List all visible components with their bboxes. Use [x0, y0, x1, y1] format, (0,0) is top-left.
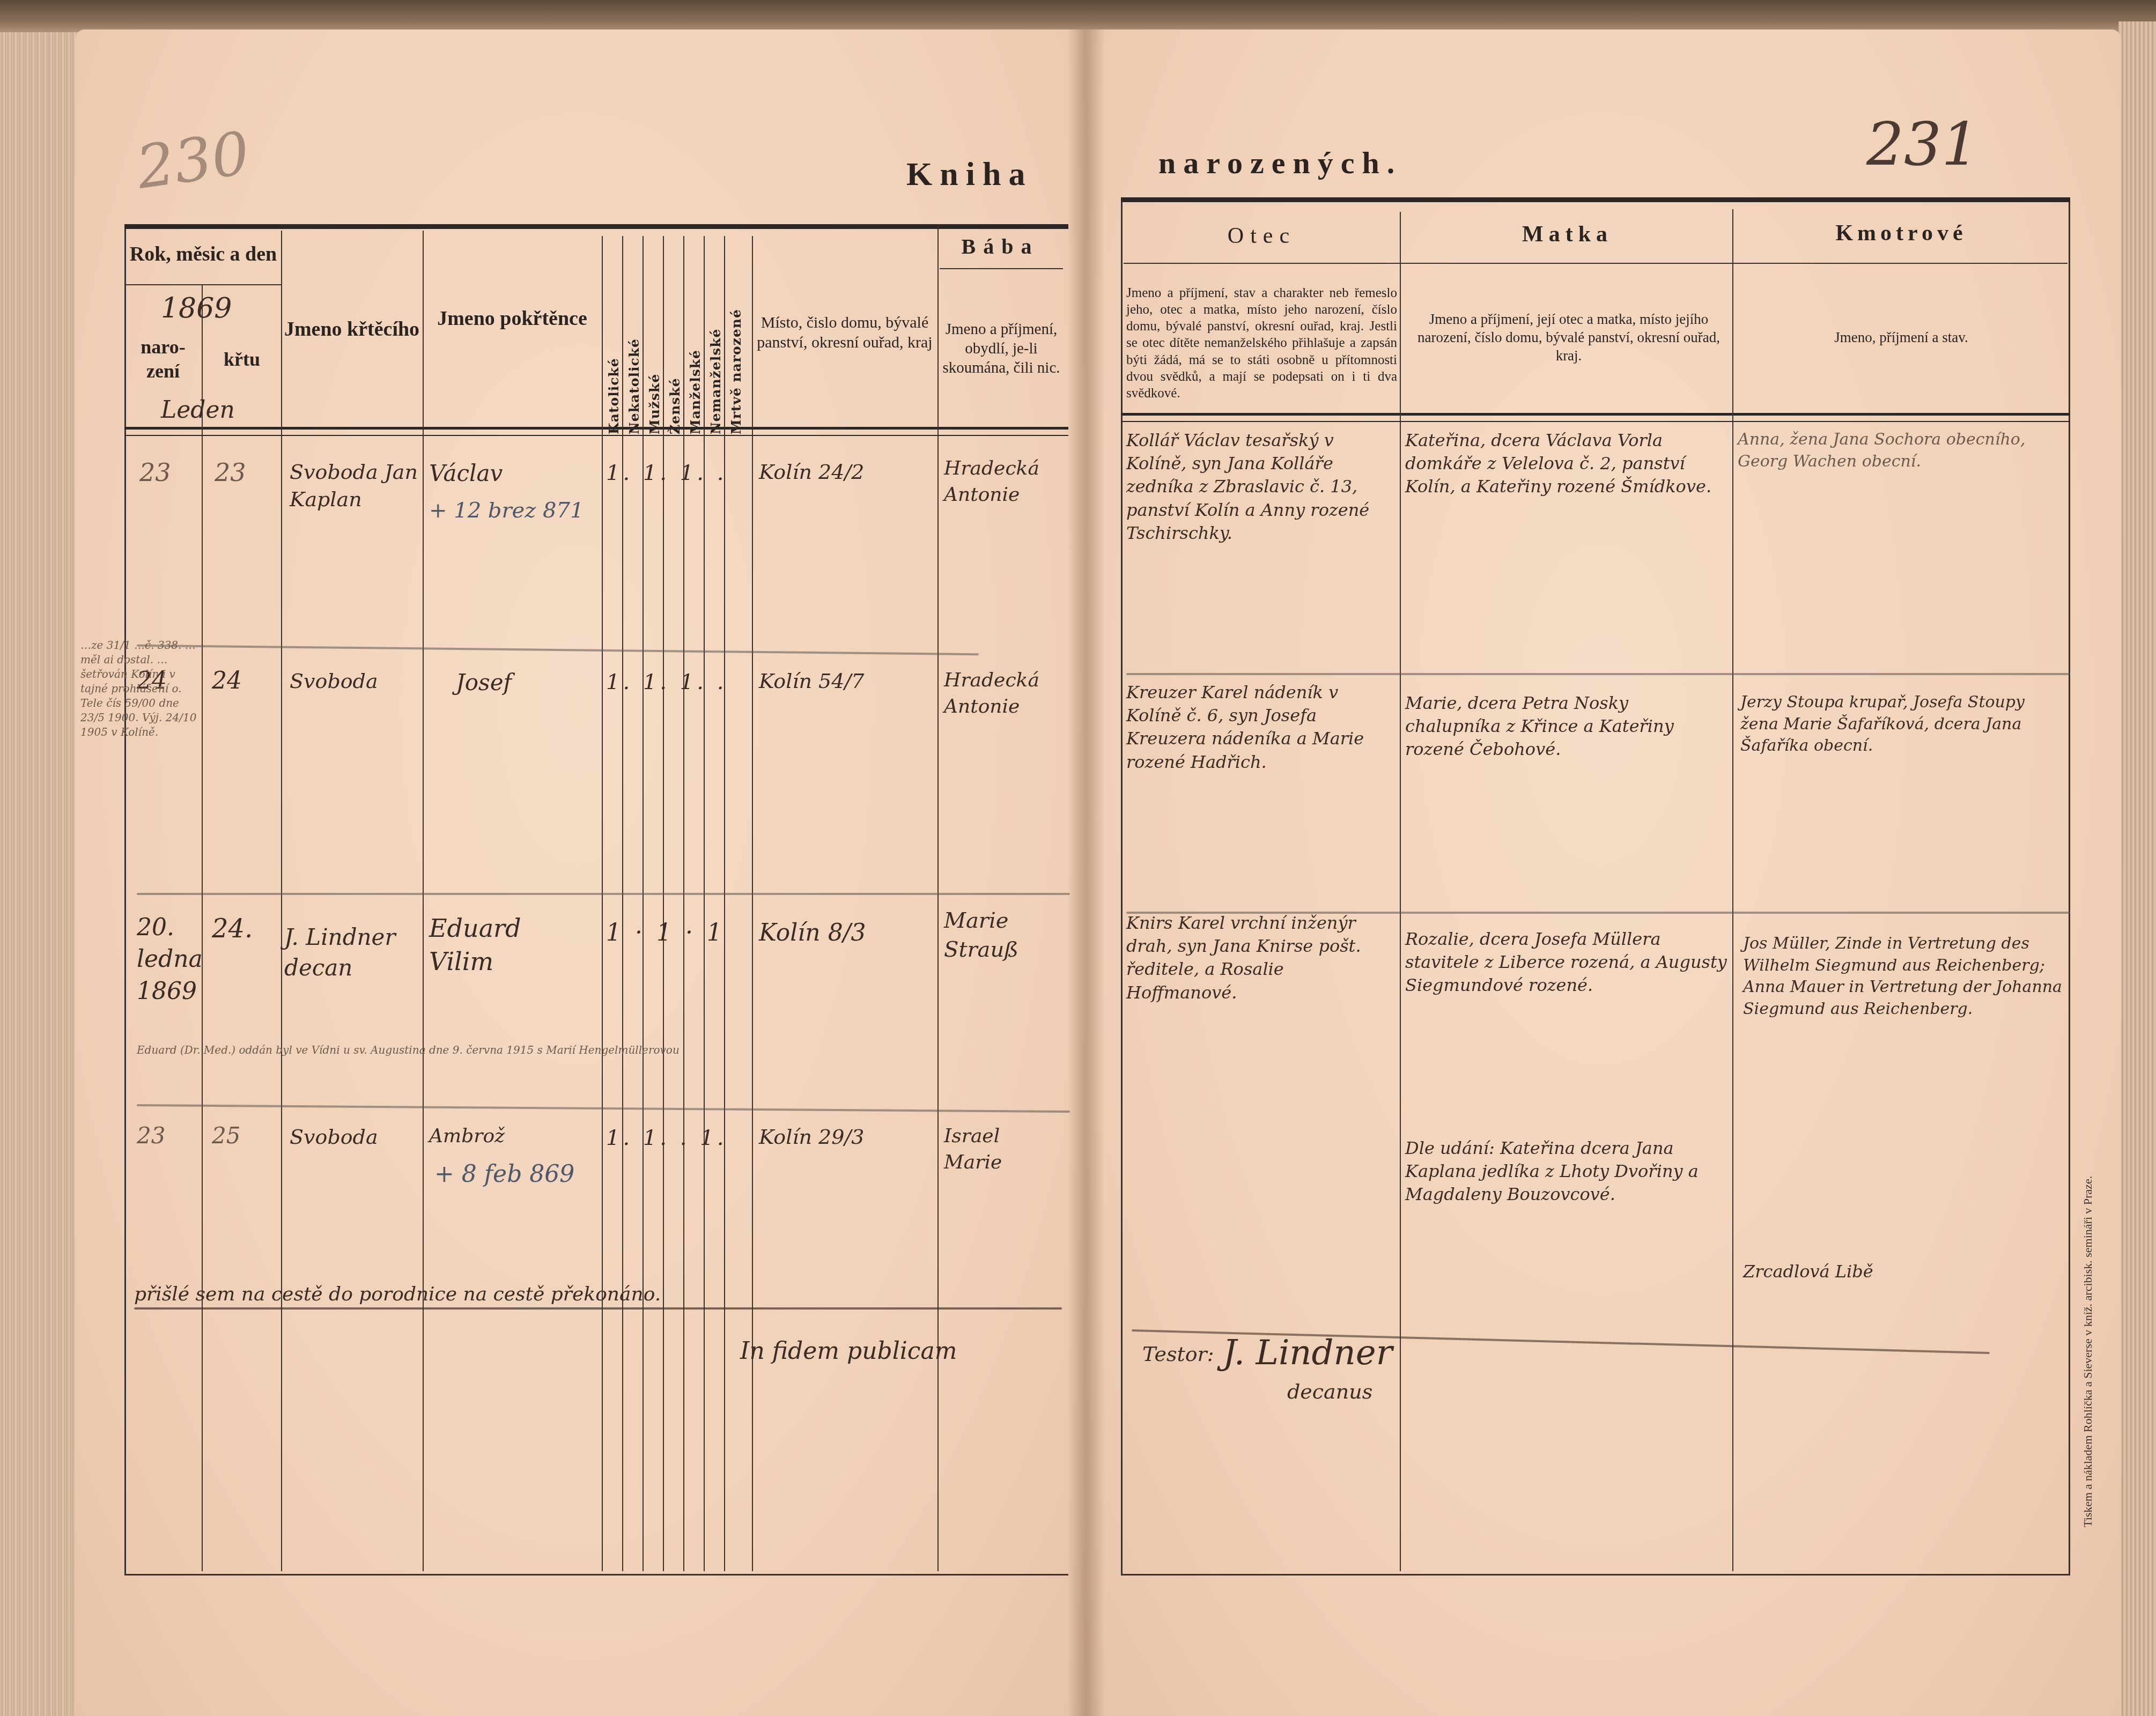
- entry3-marks: 1 · 1 · 1: [606, 917, 725, 949]
- entry1-marks: 1. 1. 1. .: [606, 458, 727, 487]
- entry4-birth-day: 23: [137, 1121, 165, 1151]
- header-month-handwritten: Leden: [161, 394, 235, 426]
- page-edges-right: [2118, 21, 2156, 1716]
- header-female: Ženské: [667, 300, 683, 434]
- entry1-godparents: Anna, žena Jana Sochora obecního, Georg …: [1738, 429, 2065, 472]
- header-baptism: křtu: [203, 338, 281, 381]
- col-line: [704, 236, 705, 1571]
- signature-label: Testor:: [1142, 1341, 1214, 1368]
- open-register-book: 230 Kniha narozených. 231 Rok, měsic a d…: [0, 0, 2156, 1716]
- col-line: [423, 231, 424, 1571]
- header-non-catholic: Nekatolické: [626, 300, 642, 434]
- header-baptizer: Jmeno křtěcího: [282, 290, 422, 370]
- entry4-godparents: Zrcadlová Libě: [1743, 1260, 2065, 1283]
- header-male: Mužské: [647, 300, 662, 434]
- entry3-footnote: Eduard (Dr. Med.) oddán byl ve Vídni u s…: [137, 1043, 680, 1057]
- entry3-father: Knirs Karel vrchní inženýr drah, syn Jan…: [1126, 912, 1397, 1004]
- entry2-midwife: Hradecká Antonie: [944, 668, 1062, 720]
- col-line: [663, 236, 664, 1571]
- col-line: [602, 236, 603, 1571]
- entry4-midwife: Israel Marie: [944, 1123, 1062, 1175]
- entry-divider: [137, 893, 1070, 895]
- entry2-mother: Marie, dcera Petra Nosky chalupníka z Kř…: [1405, 692, 1727, 761]
- closing-note: přišlé sem na cestě do porodnice na cest…: [134, 1282, 661, 1308]
- entry1-place: Kolín 24/2: [759, 458, 864, 486]
- header-place: Místo, čislo domu, bývalé panství, okres…: [756, 290, 933, 375]
- col-line: [937, 225, 939, 1571]
- header-godparents: Kmotrové: [1735, 209, 2068, 257]
- entry4-marks: 1. 1. . 1.: [606, 1123, 727, 1152]
- col-line: [1732, 209, 1733, 1571]
- header-illegitimate: Nemanželské: [708, 300, 723, 434]
- header-body-rule-left: [124, 427, 1068, 436]
- header-midwife-divider: [940, 268, 1063, 269]
- entry3-baptizer: J. Lindner decan: [284, 922, 418, 983]
- entry2-father: Kreuzer Karel nádeník v Kolíně č. 6, syn…: [1126, 681, 1397, 774]
- closing-sign: In fidem publicam: [740, 1335, 957, 1367]
- entry3-godparents: Jos Müller, Zinde in Vertretung des Wilh…: [1743, 933, 2065, 1020]
- entry4-death-note: + 8 feb 869: [434, 1158, 574, 1190]
- page-title-left: Kniha: [906, 156, 1032, 194]
- header-birth: naro-zení: [125, 327, 201, 391]
- page-title-right: narozených.: [1158, 145, 1402, 181]
- col-line: [1400, 212, 1401, 1571]
- entry3-midwife: Marie Strauß: [944, 906, 1062, 964]
- entry1-baptism-day: 23: [215, 456, 246, 489]
- entry3-place: Kolín 8/3: [759, 917, 866, 949]
- header-legitimate: Manželské: [688, 300, 703, 434]
- entry2-marks: 1. 1. 1. .: [606, 668, 727, 697]
- col-line: [724, 236, 725, 1571]
- book-gutter: [1067, 29, 1105, 1716]
- entry2-place: Kolín 54/7: [759, 668, 864, 695]
- header-mother-sub: Jmeno a příjmení, její otec a matka, mís…: [1411, 300, 1727, 375]
- entry2-baptizer: Svoboda: [290, 668, 378, 695]
- entry-divider: [1126, 673, 2070, 675]
- col-line: [643, 236, 644, 1571]
- col-line: [281, 231, 282, 1571]
- header-mother: Matka: [1402, 209, 1732, 260]
- entry1-baptizer: Svoboda Jan Kaplan: [290, 458, 418, 514]
- header-godparents-sub: Jmeno, příjmení a stav.: [1743, 316, 2059, 359]
- closing-rule: [134, 1307, 1062, 1310]
- entry4-mother: Dle udání: Kateřina dcera Jana Kaplana j…: [1405, 1137, 1727, 1207]
- entry4-place: Kolín 29/3: [759, 1123, 864, 1151]
- entry1-mother: Kateřina, dcera Václava Vorla domkáře z …: [1405, 429, 1727, 499]
- entry2-baptism-day: 24: [212, 665, 242, 697]
- entry1-father: Kollář Václav tesařský v Kolíně, syn Jan…: [1126, 429, 1397, 545]
- signature-title: decanus: [1287, 1378, 1372, 1406]
- col-line: [683, 236, 684, 1571]
- table-top-rule: [1121, 197, 2070, 202]
- header-catholic: Katolické: [606, 300, 622, 434]
- entry3-child: Eduard Vilim: [429, 912, 590, 978]
- header-father-sub: Jmeno a příjmení, stav a charakter neb ř…: [1126, 265, 1397, 421]
- entry1-midwife: Hradecká Antonie: [944, 456, 1062, 508]
- signature-name: J. Lindner: [1223, 1330, 1392, 1376]
- header-body-rule-right: [1121, 413, 2070, 422]
- entry4-baptizer: Svoboda: [290, 1123, 378, 1151]
- margin-annotation: …ze 31/1 …č. 338. …měl ai dostal. …šetřo…: [80, 638, 204, 739]
- entry3-birth-day: 20. ledna 1869: [137, 912, 206, 1007]
- header-date-divider: [125, 284, 281, 285]
- entry2-godparents: Jerzy Stoupa krupař, Josefa Stoupy žena …: [1740, 692, 2062, 757]
- entry2-child: Josef: [456, 668, 512, 698]
- page-number-right: 231: [1866, 110, 1979, 179]
- header-date-group: Rok, měsic a den: [125, 228, 281, 282]
- entry3-mother: Rozalie, dcera Josefa Müllera stavitele …: [1405, 928, 1727, 997]
- entry1-child: Václav: [429, 458, 503, 489]
- entry1-birth-day: 23: [139, 456, 171, 489]
- header-year-handwritten: 1869: [161, 290, 232, 327]
- header-stillborn: Mrtvě narozené: [728, 300, 744, 434]
- page-edges-left: [0, 32, 80, 1716]
- header-midwife: Bába: [939, 225, 1062, 268]
- header-father: Otec: [1124, 209, 1400, 263]
- header-divider-right: [1124, 263, 2068, 264]
- printer-imprint: Tiskem a nákladem Rohlíčka a Sieverse v …: [2081, 1148, 2102, 1555]
- header-midwife-sub: Jmeno a příjmení, obydlí, je-li skoumána…: [940, 300, 1063, 397]
- header-baptized: Jmeno pokřtěnce: [424, 279, 601, 359]
- entry1-death-note: + 12 brez 871: [429, 496, 584, 525]
- entry3-baptism-day: 24.: [212, 912, 253, 946]
- entry4-child: Ambrož: [429, 1123, 505, 1150]
- col-line: [752, 236, 753, 1571]
- entry4-baptism-day: 25: [212, 1121, 240, 1151]
- col-line: [622, 236, 623, 1571]
